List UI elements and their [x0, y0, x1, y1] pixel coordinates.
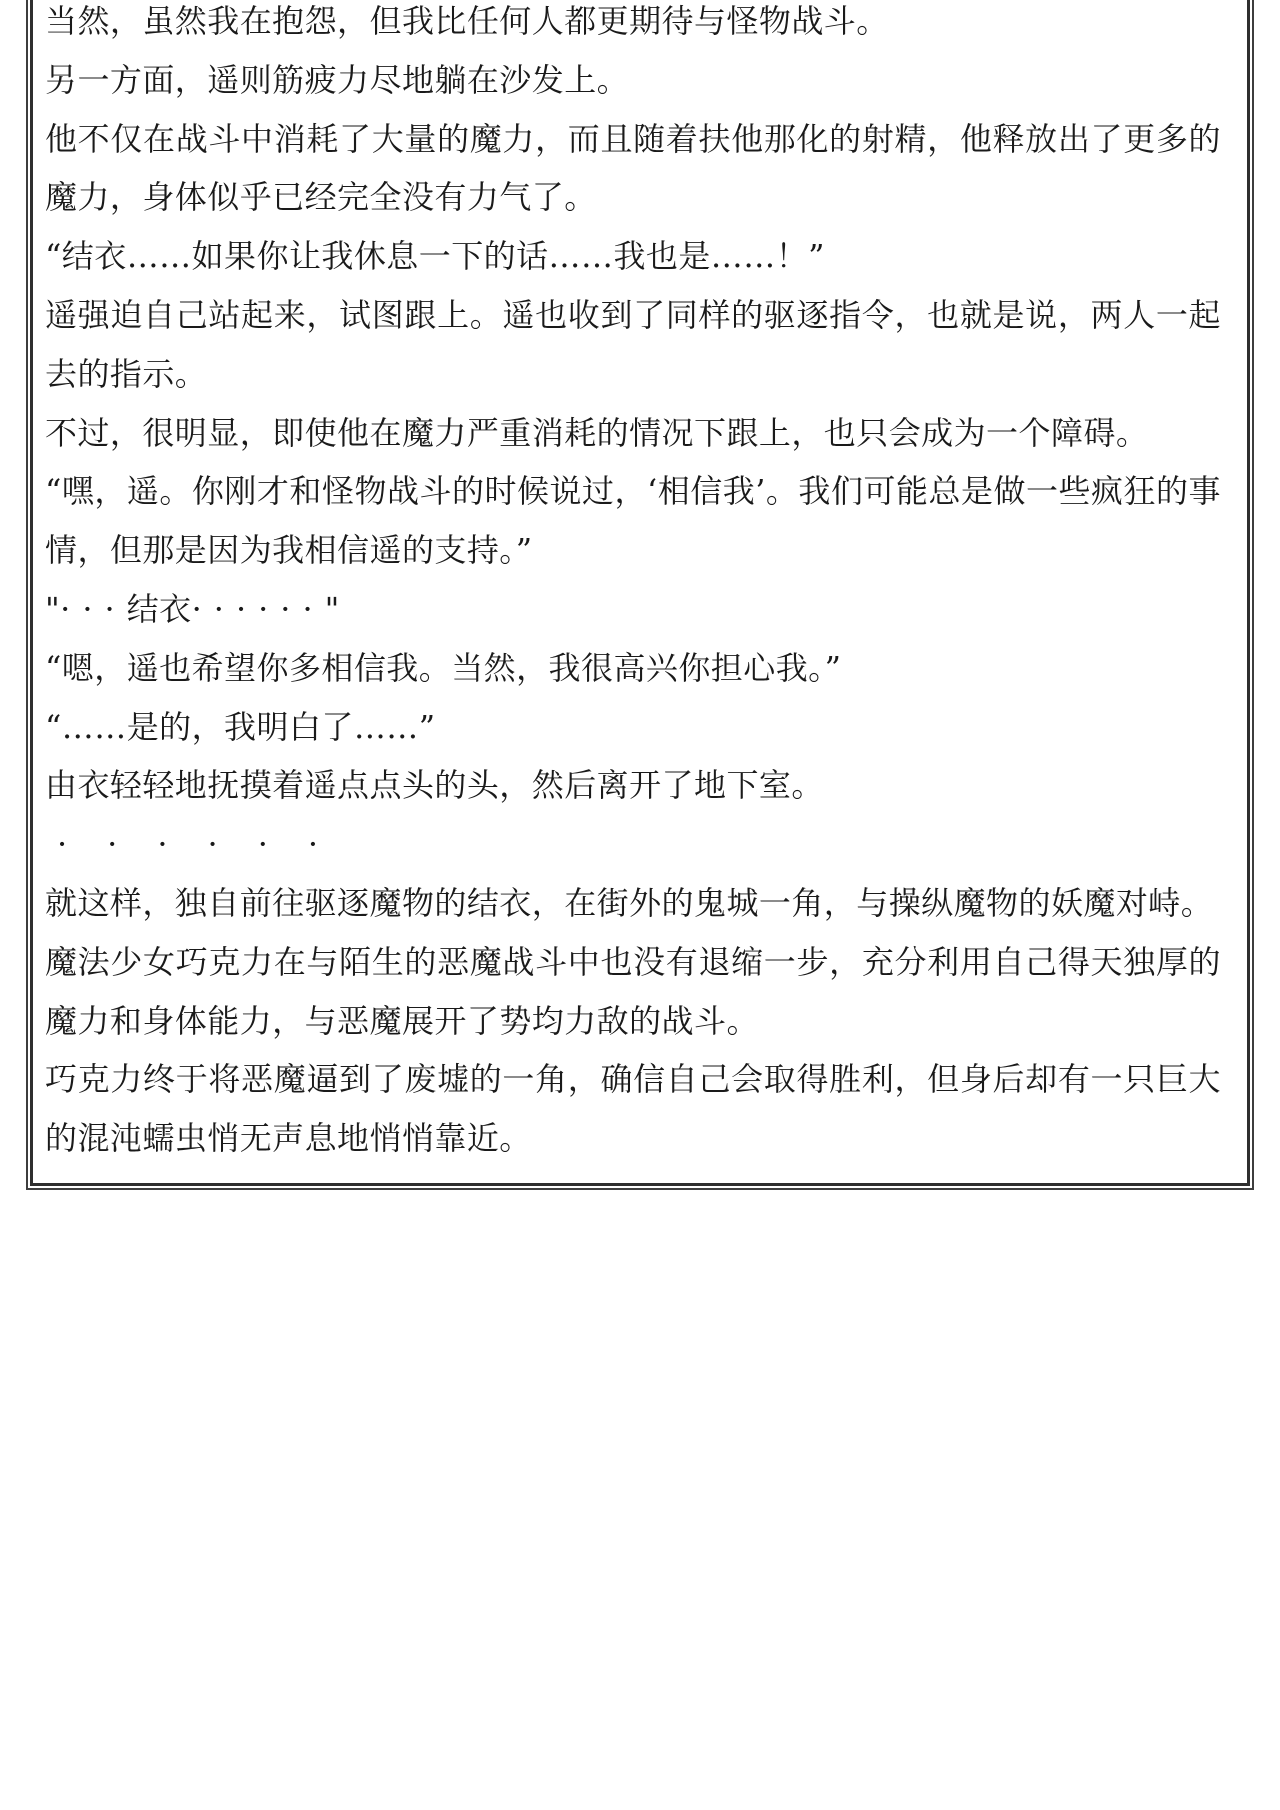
- ellipsis-dots: ······: [45, 825, 358, 863]
- ellipsis-dots: ···: [60, 590, 127, 628]
- paragraph: "···结衣······": [45, 580, 1221, 639]
- paragraph: “嗯，遥也希望你多相信我。当然，我很高兴你担心我。”: [45, 639, 1221, 698]
- text-content: 当然，虽然我在抱怨，但我比任何人都更期待与怪物战斗。另一方面，遥则筋疲力尽地躺在…: [45, 0, 1221, 1168]
- paragraph: 当然，虽然我在抱怨，但我比任何人都更期待与怪物战斗。: [45, 0, 1221, 51]
- paragraph: 另一方面，遥则筋疲力尽地躺在沙发上。: [45, 51, 1221, 110]
- paragraph: “结衣……如果你让我休息一下的话……我也是……！”: [45, 227, 1221, 286]
- paragraph: 不过，很明显，即使他在魔力严重消耗的情况下跟上，也只会成为一个障碍。: [45, 404, 1221, 463]
- text-segment: ": [45, 590, 60, 628]
- paragraph: 由衣轻轻地抚摸着遥点点头的头，然后离开了地下室。: [45, 756, 1221, 815]
- paragraph: “……是的，我明白了……”: [45, 698, 1221, 757]
- text-segment: ": [325, 590, 340, 628]
- paragraph: 巧克力终于将恶魔逼到了废墟的一角，确信自己会取得胜利，但身后却有一只巨大的混沌蠕…: [45, 1050, 1221, 1168]
- paragraph: 魔法少女巧克力在与陌生的恶魔战斗中也没有退缩一步，充分利用自己得天独厚的魔力和身…: [45, 933, 1221, 1051]
- paragraph: ······: [45, 815, 1221, 874]
- paragraph: 遥强迫自己站起来，试图跟上。遥也收到了同样的驱逐指令，也就是说，两人一起去的指示…: [45, 286, 1221, 404]
- ellipsis-dots: ······: [192, 590, 325, 628]
- text-segment: 结衣: [127, 590, 192, 628]
- paragraph: “嘿，遥。你刚才和怪物战斗的时候说过，‘相信我’。我们可能总是做一些疯狂的事情，…: [45, 462, 1221, 580]
- paragraph: 他不仅在战斗中消耗了大量的魔力，而且随着扶他那化的射精，他释放出了更多的魔力，身…: [45, 110, 1221, 228]
- paragraph: 就这样，独自前往驱逐魔物的结衣，在街外的鬼城一角，与操纵魔物的妖魔对峙。: [45, 874, 1221, 933]
